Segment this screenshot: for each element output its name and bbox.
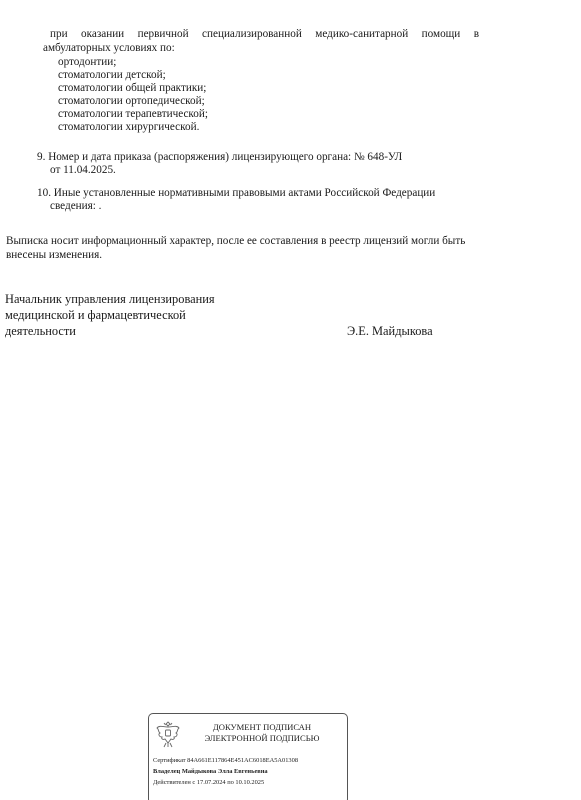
russian-coat-of-arms-icon: [155, 719, 181, 749]
item-10-other-info: 10. Иные установленные нормативными прав…: [37, 186, 435, 200]
signer-name: Э.Е. Майдыкова: [347, 323, 433, 339]
specialty-item: ортодонтии;: [58, 55, 116, 69]
signer-title-line1: Начальник управления лицензирования: [5, 291, 215, 307]
notice-text-line2: внесены изменения.: [6, 248, 102, 262]
notice-text-line1: Выписка носит информационный характер, п…: [6, 234, 465, 248]
item-9-order-number: 9. Номер и дата приказа (распоряжения) л…: [37, 150, 402, 164]
specialty-item: стоматологии ортопедической;: [58, 94, 205, 108]
specialty-item: стоматологии хирургической.: [58, 120, 199, 134]
stamp-title-line2: ЭЛЕКТРОННОЙ ПОДПИСЬЮ: [187, 733, 337, 744]
intro-paragraph-line2: амбулаторных условиях по:: [43, 41, 175, 55]
stamp-title: ДОКУМЕНТ ПОДПИСАН ЭЛЕКТРОННОЙ ПОДПИСЬЮ: [187, 722, 337, 744]
signer-title-line3: деятельности: [5, 323, 76, 339]
specialty-item: стоматологии детской;: [58, 68, 166, 82]
electronic-signature-stamp: ДОКУМЕНТ ПОДПИСАН ЭЛЕКТРОННОЙ ПОДПИСЬЮ С…: [148, 713, 348, 800]
specialty-item: стоматологии общей практики;: [58, 81, 206, 95]
item-9-order-date: от 11.04.2025.: [50, 163, 116, 177]
certificate-owner: Владелец Майдыкова Элла Евгеньевна: [153, 768, 268, 776]
stamp-title-line1: ДОКУМЕНТ ПОДПИСАН: [187, 722, 337, 733]
item-10-other-info-value: сведения: .: [50, 199, 101, 213]
signer-title-line2: медицинской и фармацевтической: [5, 307, 186, 323]
certificate-validity: Действителен с 17.07.2024 по 10.10.2025: [153, 779, 264, 787]
certificate-number: Сертификат 84A661E117864E451AC6018EA5A01…: [153, 757, 298, 765]
specialty-item: стоматологии терапевтической;: [58, 107, 208, 121]
intro-paragraph-line1: при оказании первичной специализированно…: [50, 27, 479, 41]
document-page: при оказании первичной специализированно…: [0, 0, 581, 800]
